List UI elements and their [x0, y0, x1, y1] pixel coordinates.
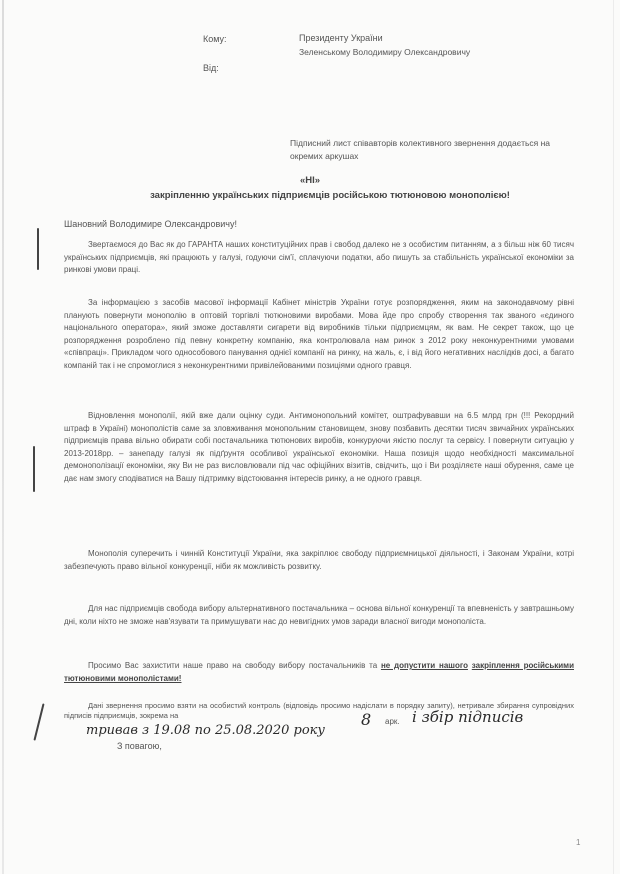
document-page: Кому: Президенту України Зеленському Вол…	[0, 0, 620, 874]
scan-edge-right	[613, 0, 614, 874]
handwritten-signature-collection: і збір підписів	[412, 708, 523, 726]
scan-edge-left	[2, 0, 4, 874]
paragraph-2: За інформацією з засобів масової інформа…	[64, 297, 574, 372]
salutation: Шановний Володимире Олександровичу!	[64, 219, 237, 229]
paragraph-5: Для нас підприємців свобода вибору альте…	[64, 603, 574, 628]
handwritten-sheet-count: 8	[361, 710, 371, 729]
sheets-suffix: арк.	[385, 717, 400, 726]
signature-sheet-note: Підписний лист співавторів колективного …	[290, 137, 580, 163]
title-line-1: «НІ»	[0, 175, 620, 186]
request-text: Просимо Вас захистити наше право на своб…	[88, 661, 381, 670]
addressee-name: Зеленському Володимиру Олександровичу	[299, 47, 470, 57]
request-paragraph: Просимо Вас захистити наше право на своб…	[64, 660, 574, 685]
handwritten-date-range: тривав з 19.08 по 25.08.2020 року	[86, 723, 325, 738]
margin-pen-mark	[33, 703, 44, 740]
title-line-2: закріпленню українських підприємців росі…	[40, 190, 620, 201]
page-number: 1	[576, 838, 580, 847]
to-label: Кому:	[203, 34, 227, 44]
paragraph-4: Монополія суперечить і чинній Конституці…	[64, 548, 574, 573]
closing: З повагою,	[117, 741, 162, 751]
from-label: Від:	[203, 63, 219, 73]
paragraph-3: Відновлення монополії, якій вже дали оці…	[64, 410, 574, 485]
margin-pen-mark	[37, 228, 39, 270]
request-emphasis-1: не допустити нашого	[381, 661, 468, 670]
paragraph-1: Звертаємося до Вас як до ГАРАНТА наших к…	[64, 239, 574, 277]
addressee-title: Президенту України	[299, 33, 383, 43]
margin-pen-mark	[33, 446, 35, 492]
